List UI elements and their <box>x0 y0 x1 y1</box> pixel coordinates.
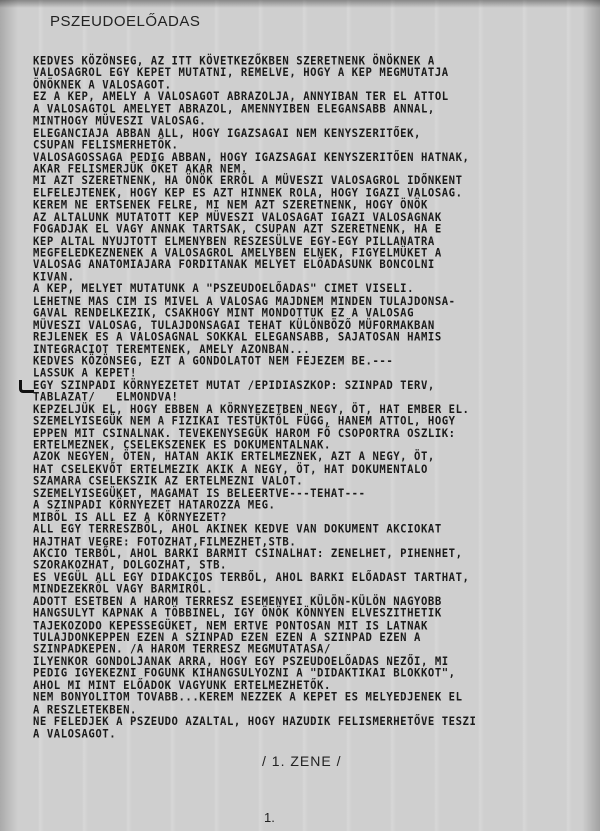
text-line: FOGADJAK EL VAGY ANNAK TARTSAK, CSUPAN A… <box>33 224 598 236</box>
handwritten-bracket-mark <box>19 380 34 393</box>
document-body: KEDVES KÖZÖNSEG, AZ ITT KÖVETKEZŐKBEN SZ… <box>33 56 598 741</box>
text-line: MINTHOGY MÜVESZI VALOSAG. <box>33 116 598 128</box>
text-line: EZ A KEP, AMELY A VALOSAGOT ABRAZOLJA, A… <box>33 92 598 104</box>
text-line: MINDEZEKRŐL VAGY BARMIRŐL. <box>33 584 598 596</box>
text-line: GAVAL RENDELKEZIK, CSAKHOGY MINT MONDOTT… <box>33 308 598 320</box>
text-line: A VALOSAGOT. <box>33 729 598 741</box>
text-line: HANGSULYT KAPNAK A TÖBBINEL, IGY ÖNÖK KÖ… <box>33 608 598 620</box>
document-title: PSZEUDOELŐADAS <box>50 13 200 30</box>
text-line: ALL EGY TERRESZBŐL, AHOL AKINEK KEDVE VA… <box>33 524 598 536</box>
scanned-document-page: PSZEUDOELŐADAS KEDVES KÖZÖNSEG, AZ ITT K… <box>0 0 600 831</box>
text-line: PEDIG IGYEKEZNI FOGUNK KIHANGSULYOZNI A … <box>33 668 598 680</box>
text-line: SZAMARA CSELEKSZIK AZ ERTELMEZNI VALOT. <box>33 476 598 488</box>
text-line: NE FELEDJEK A PSZEUDO AZALTAL, HOGY HAZU… <box>33 717 598 729</box>
text-line: CSUPAN FELISMERHETŐK. <box>33 140 598 152</box>
text-line: NEM BONYOLITOM TOVABB...KEREM NEZZEK A K… <box>33 692 598 704</box>
text-line: SZEMELYISEGÜK NEM A FIZIKAI TESTÜKTŐL FÜ… <box>33 416 598 428</box>
section-marker: / 1. ZENE / <box>262 753 341 769</box>
text-line: REJLENEK ES A VALOSAGNAL SOKKAL ELEGANSA… <box>33 332 598 344</box>
text-line: A KEP, MELYET MUTATUNK A "PSZEUDOELŐADAS… <box>33 284 598 296</box>
text-line: TABLAZAT/ ELMONDVA! <box>33 392 598 404</box>
page-number: 1. <box>264 810 275 825</box>
text-line: A SZINPADI KÖRNYEZET HATAROZZA MEG. <box>33 500 598 512</box>
text-line: VALOSAG ANATOMIAJARA FORDITANAK MELYET E… <box>33 260 598 272</box>
text-line: KEREM NE ERTSENEK FELRE, MI NEM AZT SZER… <box>33 200 598 212</box>
